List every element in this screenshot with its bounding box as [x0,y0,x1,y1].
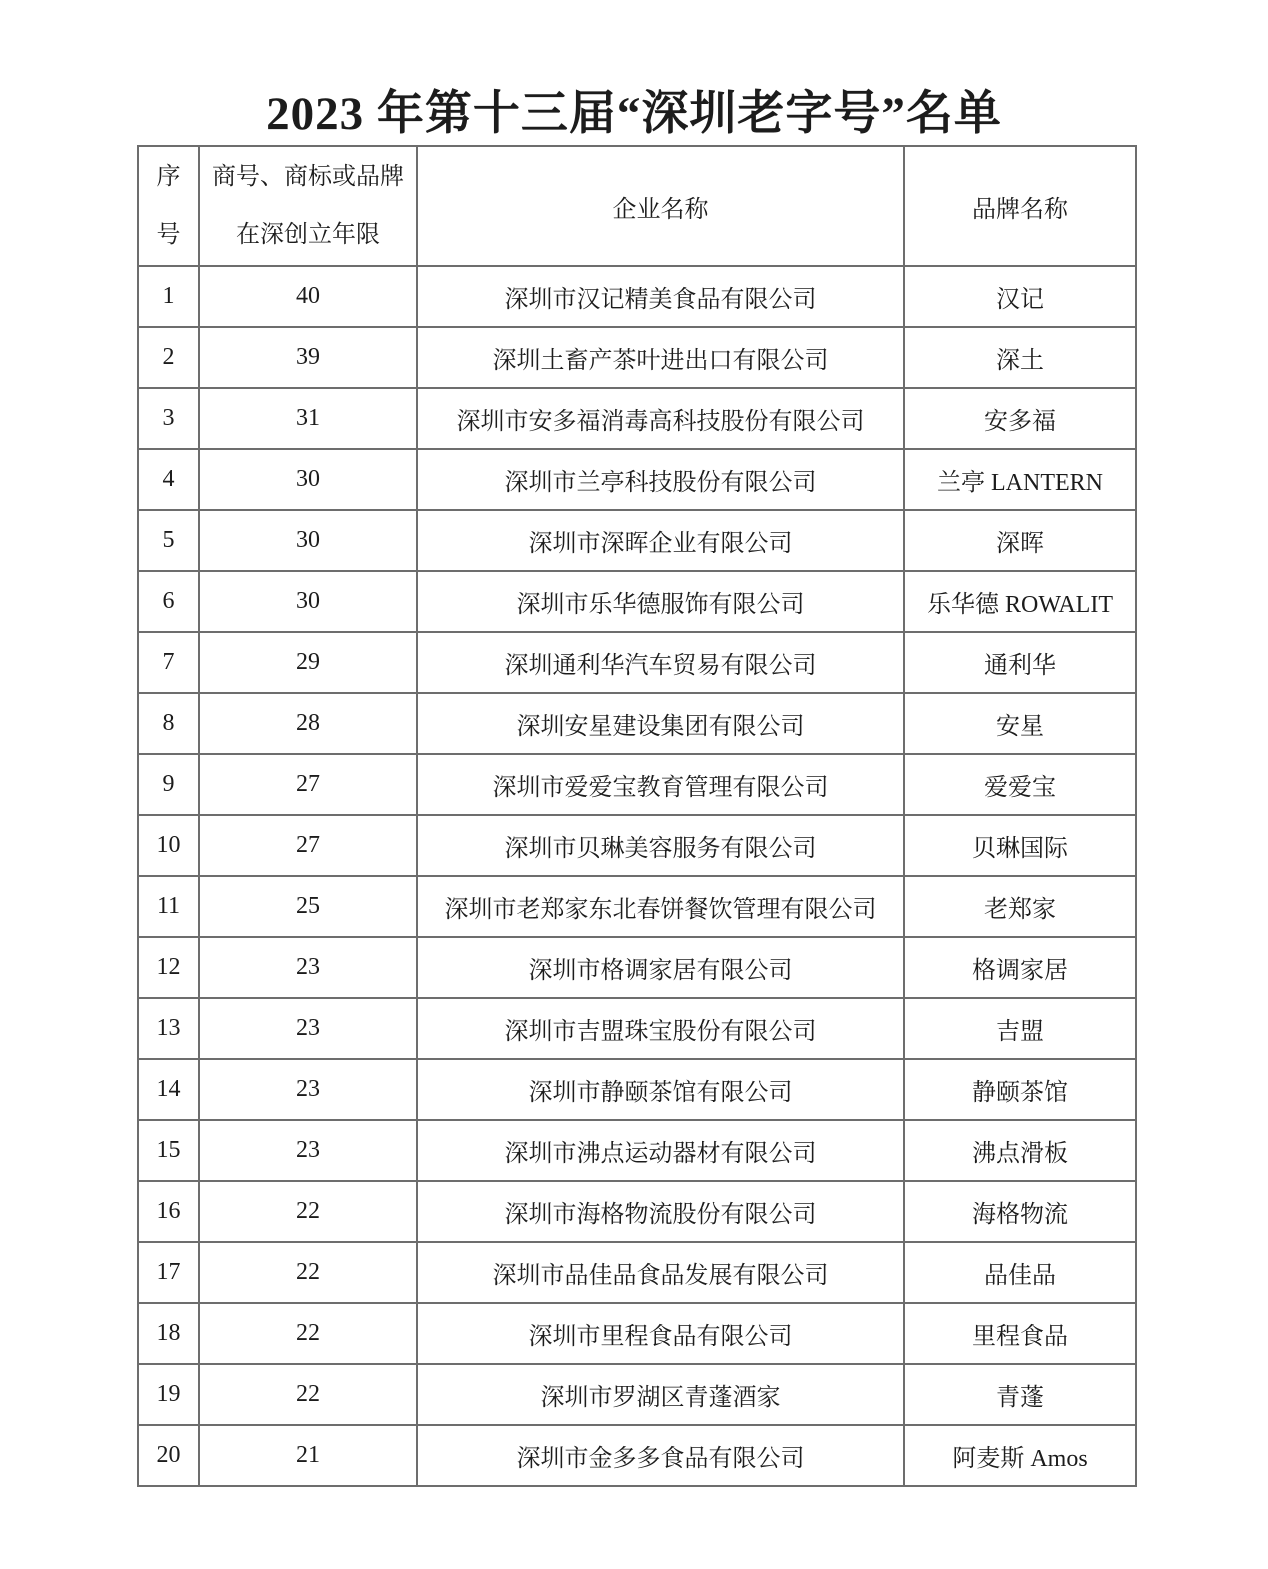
row-company-name: 深圳市里程食品有限公司 [417,1303,904,1364]
row-years-value: 28 [199,693,417,754]
row-company-name: 深圳市品佳品食品发展有限公司 [417,1242,904,1303]
row-index: 9 [138,754,199,815]
row-brand-name: 安星 [904,693,1136,754]
header-years: 商号、商标或品牌 在深创立年限 [199,146,417,266]
header-index-line2: 号 [139,206,198,264]
row-brand-name: 贝琳国际 [904,815,1136,876]
row-index: 3 [138,388,199,449]
table-row: 1523深圳市沸点运动器材有限公司沸点滑板 [138,1120,1136,1181]
table-row: 239深圳土畜产茶叶进出口有限公司深土 [138,327,1136,388]
row-years-value: 30 [199,449,417,510]
row-brand-name: 格调家居 [904,937,1136,998]
row-company-name: 深圳安星建设集团有限公司 [417,693,904,754]
row-brand-name: 汉记 [904,266,1136,327]
row-company-name: 深圳市海格物流股份有限公司 [417,1181,904,1242]
table-row: 1125深圳市老郑家东北春饼餐饮管理有限公司老郑家 [138,876,1136,937]
row-company-name: 深圳市汉记精美食品有限公司 [417,266,904,327]
row-brand-name: 通利华 [904,632,1136,693]
row-company-name: 深圳市老郑家东北春饼餐饮管理有限公司 [417,876,904,937]
row-years-value: 27 [199,815,417,876]
row-brand-name: 老郑家 [904,876,1136,937]
row-brand-name: 青蓬 [904,1364,1136,1425]
table-body: 140深圳市汉记精美食品有限公司汉记239深圳土畜产茶叶进出口有限公司深土331… [138,266,1136,1486]
row-years-value: 23 [199,1120,417,1181]
row-company-name: 深圳土畜产茶叶进出口有限公司 [417,327,904,388]
row-index: 5 [138,510,199,571]
row-index: 11 [138,876,199,937]
table-header: 序 号 商号、商标或品牌 在深创立年限 企业名称 品牌名称 [138,146,1136,266]
table-row: 1027深圳市贝琳美容服务有限公司贝琳国际 [138,815,1136,876]
row-years-value: 29 [199,632,417,693]
header-years-line2: 在深创立年限 [200,206,416,264]
row-brand-name: 静颐茶馆 [904,1059,1136,1120]
header-brand: 品牌名称 [904,146,1136,266]
row-years-value: 22 [199,1181,417,1242]
table-row: 1922深圳市罗湖区青蓬酒家青蓬 [138,1364,1136,1425]
row-company-name: 深圳市安多福消毒高科技股份有限公司 [417,388,904,449]
row-brand-name: 海格物流 [904,1181,1136,1242]
header-index-line1: 序 [139,148,198,206]
row-index: 10 [138,815,199,876]
row-index: 18 [138,1303,199,1364]
header-row: 序 号 商号、商标或品牌 在深创立年限 企业名称 品牌名称 [138,146,1136,266]
row-company-name: 深圳市格调家居有限公司 [417,937,904,998]
row-years-value: 22 [199,1242,417,1303]
table-row: 530深圳市深晖企业有限公司深晖 [138,510,1136,571]
row-years-value: 30 [199,571,417,632]
table-row: 630深圳市乐华德服饰有限公司乐华德 ROWALIT [138,571,1136,632]
row-company-name: 深圳通利华汽车贸易有限公司 [417,632,904,693]
row-brand-name: 阿麦斯 Amos [904,1425,1136,1486]
row-years-value: 23 [199,937,417,998]
row-brand-name: 吉盟 [904,998,1136,1059]
row-company-name: 深圳市爱爱宝教育管理有限公司 [417,754,904,815]
row-company-name: 深圳市沸点运动器材有限公司 [417,1120,904,1181]
row-index: 1 [138,266,199,327]
row-brand-name: 兰亭 LANTERN [904,449,1136,510]
row-years-value: 39 [199,327,417,388]
row-index: 6 [138,571,199,632]
row-company-name: 深圳市静颐茶馆有限公司 [417,1059,904,1120]
table-row: 1423深圳市静颐茶馆有限公司静颐茶馆 [138,1059,1136,1120]
row-brand-name: 深土 [904,327,1136,388]
header-years-line1: 商号、商标或品牌 [200,148,416,206]
table-row: 828深圳安星建设集团有限公司安星 [138,693,1136,754]
table-row: 331深圳市安多福消毒高科技股份有限公司安多福 [138,388,1136,449]
row-index: 20 [138,1425,199,1486]
row-years-value: 21 [199,1425,417,1486]
row-index: 12 [138,937,199,998]
row-brand-name: 乐华德 ROWALIT [904,571,1136,632]
row-brand-name: 沸点滑板 [904,1120,1136,1181]
row-index: 15 [138,1120,199,1181]
row-brand-name: 深晖 [904,510,1136,571]
row-index: 13 [138,998,199,1059]
document-page: 2023 年第十三届“深圳老字号”名单 序 号 商号、商标或品牌 在深创立年限 … [0,0,1268,1569]
table-row: 140深圳市汉记精美食品有限公司汉记 [138,266,1136,327]
row-company-name: 深圳市兰亭科技股份有限公司 [417,449,904,510]
row-years-value: 23 [199,1059,417,1120]
row-index: 14 [138,1059,199,1120]
row-company-name: 深圳市乐华德服饰有限公司 [417,571,904,632]
row-company-name: 深圳市金多多食品有限公司 [417,1425,904,1486]
row-index: 16 [138,1181,199,1242]
table-row: 927深圳市爱爱宝教育管理有限公司爱爱宝 [138,754,1136,815]
row-company-name: 深圳市深晖企业有限公司 [417,510,904,571]
row-index: 8 [138,693,199,754]
row-brand-name: 安多福 [904,388,1136,449]
row-years-value: 31 [199,388,417,449]
table-row: 1622深圳市海格物流股份有限公司海格物流 [138,1181,1136,1242]
table-row: 430深圳市兰亭科技股份有限公司兰亭 LANTERN [138,449,1136,510]
row-years-value: 22 [199,1364,417,1425]
row-index: 2 [138,327,199,388]
row-company-name: 深圳市吉盟珠宝股份有限公司 [417,998,904,1059]
row-index: 4 [138,449,199,510]
row-brand-name: 品佳品 [904,1242,1136,1303]
row-years-value: 30 [199,510,417,571]
row-index: 7 [138,632,199,693]
row-brand-name: 里程食品 [904,1303,1136,1364]
header-company: 企业名称 [417,146,904,266]
table-row: 2021深圳市金多多食品有限公司阿麦斯 Amos [138,1425,1136,1486]
row-company-name: 深圳市罗湖区青蓬酒家 [417,1364,904,1425]
table-row: 1822深圳市里程食品有限公司里程食品 [138,1303,1136,1364]
table-row: 1223深圳市格调家居有限公司格调家居 [138,937,1136,998]
table-row: 729深圳通利华汽车贸易有限公司通利华 [138,632,1136,693]
row-years-value: 27 [199,754,417,815]
row-brand-name: 爱爱宝 [904,754,1136,815]
page-title: 2023 年第十三届“深圳老字号”名单 [0,76,1268,143]
row-index: 17 [138,1242,199,1303]
header-index: 序 号 [138,146,199,266]
row-years-value: 40 [199,266,417,327]
table-row: 1323深圳市吉盟珠宝股份有限公司吉盟 [138,998,1136,1059]
table-row: 1722深圳市品佳品食品发展有限公司品佳品 [138,1242,1136,1303]
row-years-value: 25 [199,876,417,937]
row-years-value: 23 [199,998,417,1059]
row-years-value: 22 [199,1303,417,1364]
row-index: 19 [138,1364,199,1425]
row-company-name: 深圳市贝琳美容服务有限公司 [417,815,904,876]
brand-list-table: 序 号 商号、商标或品牌 在深创立年限 企业名称 品牌名称 140深圳市汉记精美… [137,145,1137,1487]
